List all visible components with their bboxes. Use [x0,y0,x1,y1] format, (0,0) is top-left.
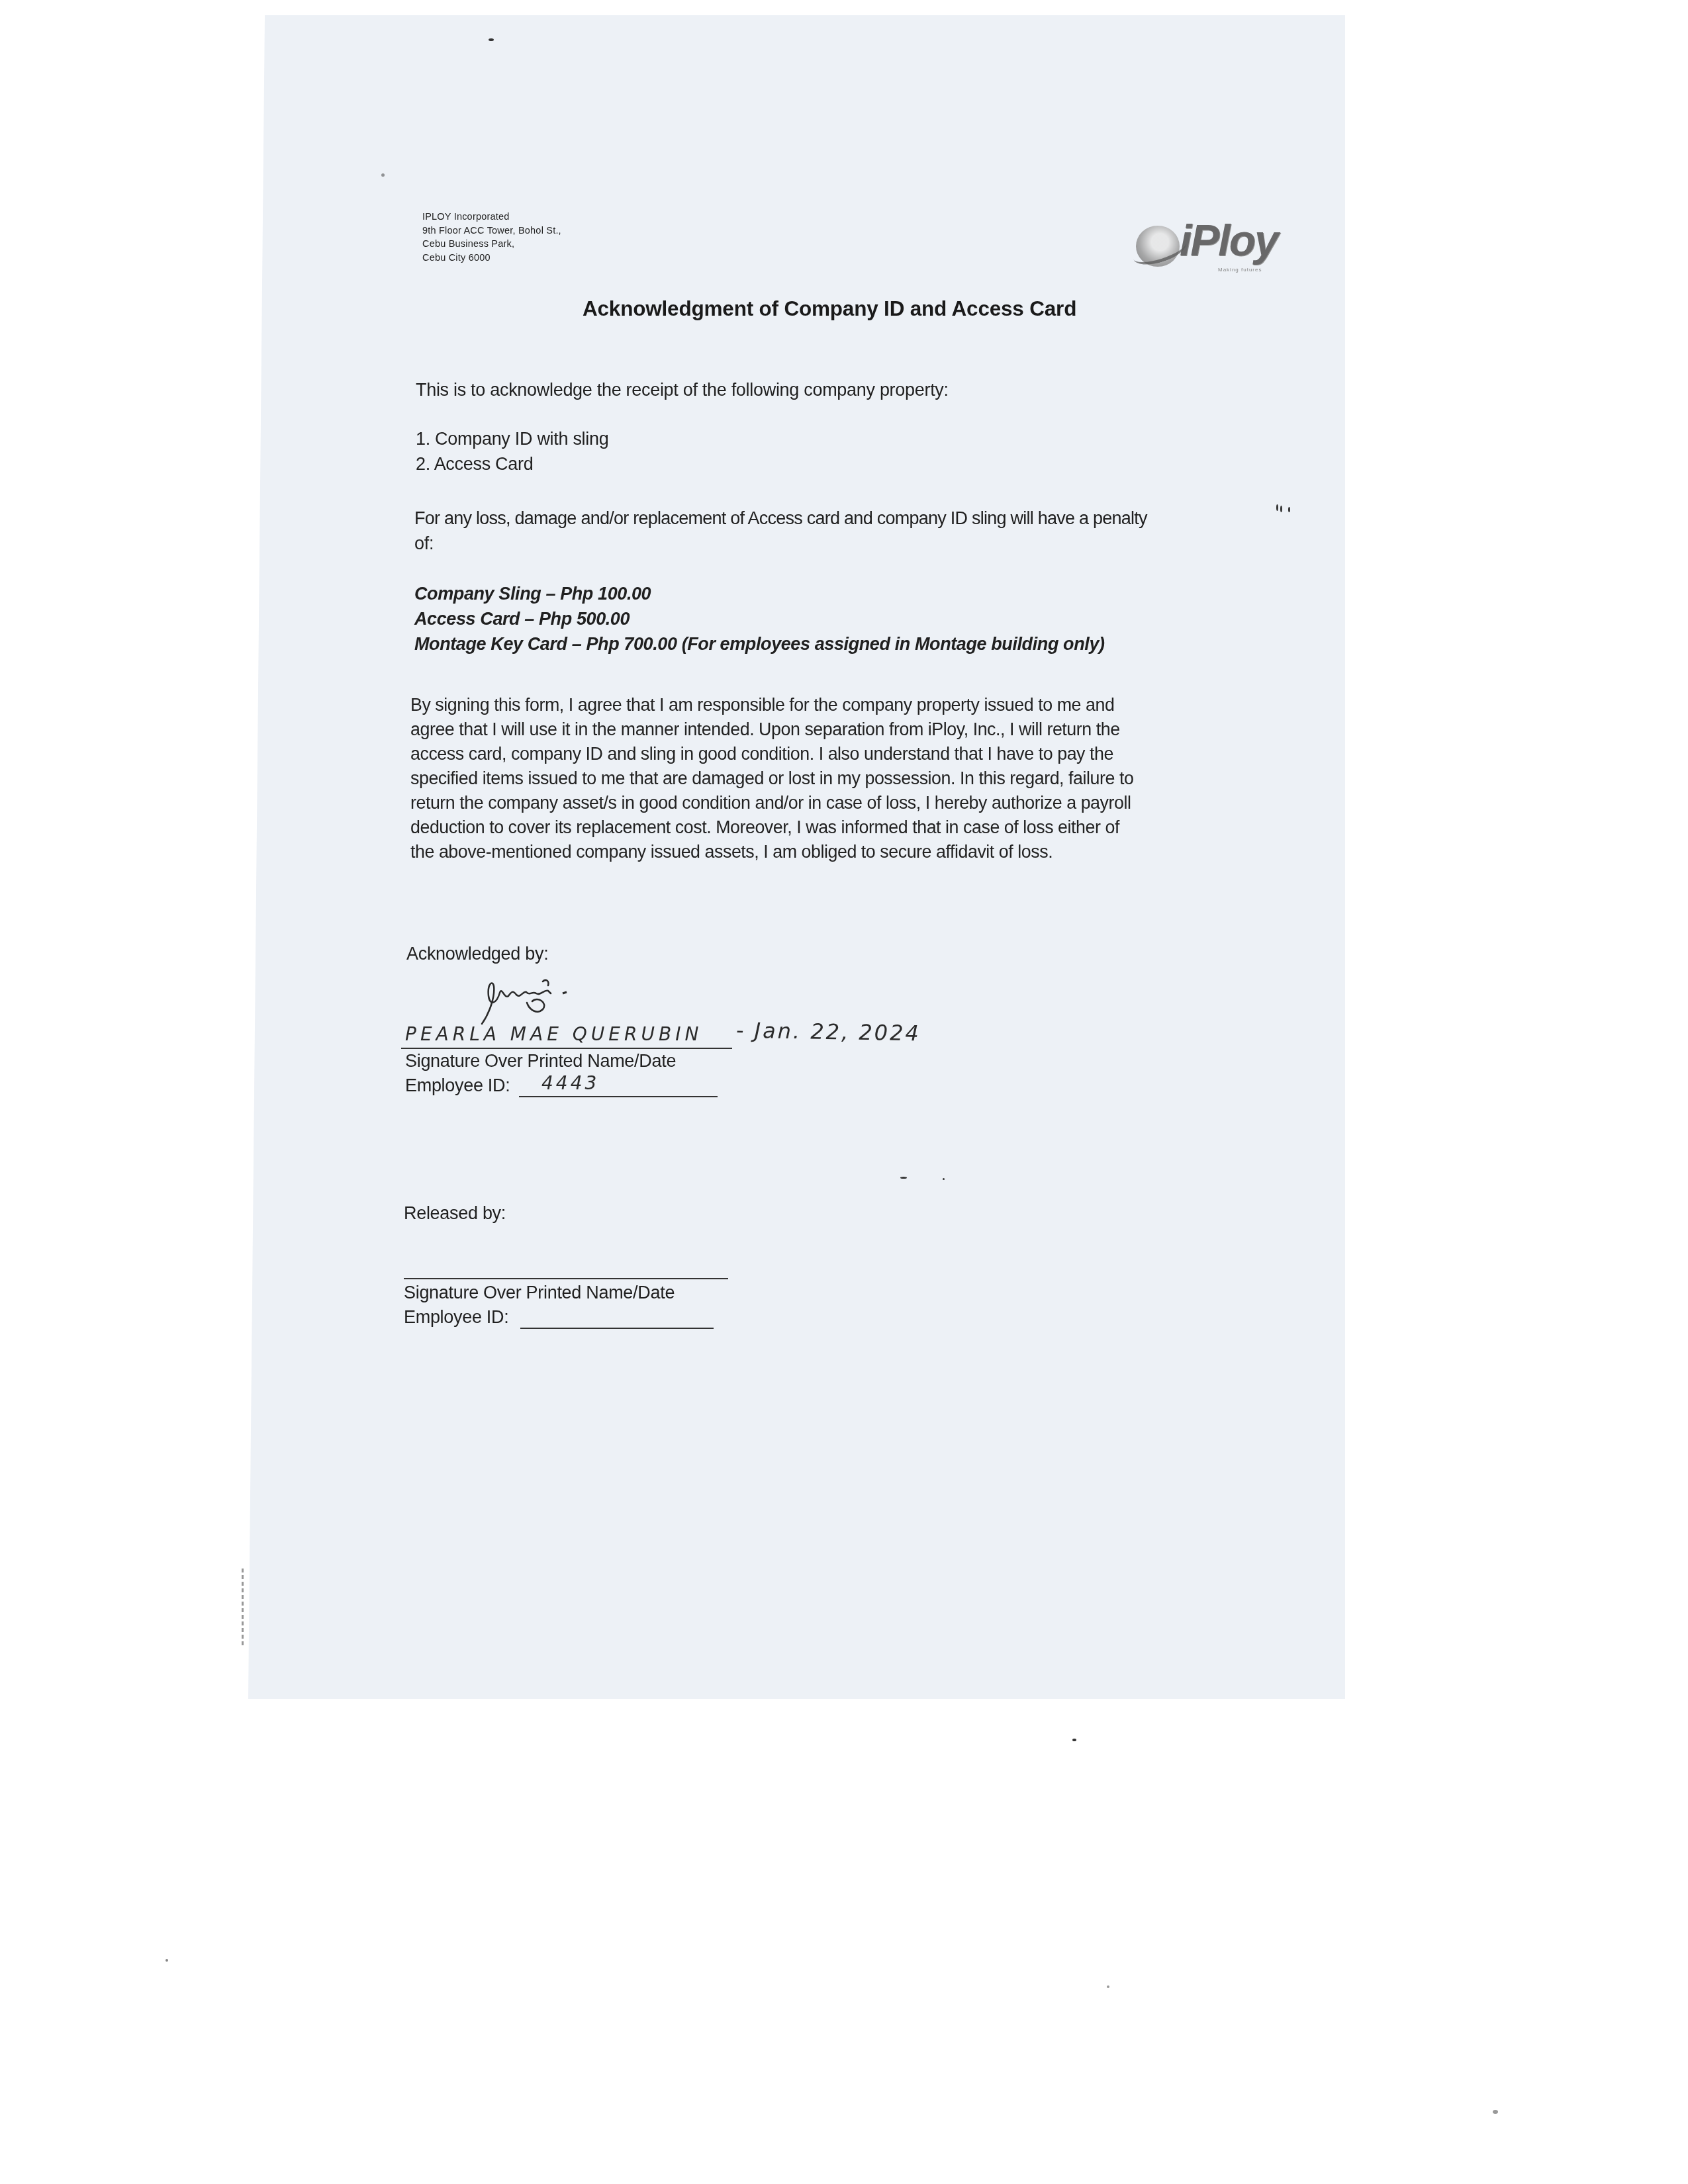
scan-speck [165,1959,168,1962]
scan-speck [1493,2110,1498,2114]
signature-caption: Signature Over Printed Name/Date [405,1051,676,1071]
agreement-line: deduction to cover its replacement cost.… [410,817,1119,838]
scan-speck [900,1177,907,1179]
agreement-line: return the company asset/s in good condi… [410,793,1131,813]
penalty-intro-line: of: [414,533,434,554]
logo-wordmark: iPloy [1180,215,1278,265]
release-employee-id-line [520,1328,714,1329]
scan-speck [381,173,385,177]
scan-speck [943,1178,945,1180]
address-line: Cebu Business Park, [422,238,561,251]
scan-speck [1280,506,1282,512]
scan-speck [1276,504,1278,511]
scan-speck [1072,1739,1076,1741]
address-line: 9th Floor ACC Tower, Bohol St., [422,224,561,238]
agreement-line: By signing this form, I agree that I am … [410,695,1114,715]
released-by-label: Released by: [404,1203,506,1224]
scan-speck [489,38,494,41]
release-employee-id-label: Employee ID: [404,1307,508,1328]
agreement-line: the above-mentioned company issued asset… [410,842,1053,862]
intro-text: This is to acknowledge the receipt of th… [416,380,949,400]
logo-tagline: Making futures [1218,267,1262,273]
address-line: Cebu City 6000 [422,251,561,265]
penalty-intro-line: For any loss, damage and/or replacement … [414,508,1147,529]
date-handwritten: - Jan. 22, 2024 [736,1018,921,1046]
company-address-block: IPLOY Incorporated 9th Floor ACC Tower, … [422,210,561,265]
employee-id-label: Employee ID: [405,1075,510,1096]
penalty-company-sling: Company Sling – Php 100.00 [414,584,651,604]
employee-id-value: 4443 [541,1072,599,1094]
signature-line [401,1048,732,1049]
company-name: IPLOY Incorporated [422,210,561,224]
scan-artifact [242,1569,244,1648]
agreement-line: access card, company ID and sling in goo… [410,744,1113,764]
scan-speck [1107,1985,1109,1988]
property-item: 2. Access Card [416,454,533,475]
printed-name-handwritten: PEARLA MAE QUERUBIN [405,1023,702,1045]
document-title: Acknowledgment of Company ID and Access … [583,296,1076,321]
penalty-access-card: Access Card – Php 500.00 [414,609,630,629]
agreement-line: agree that I will use it in the manner i… [410,719,1120,740]
agreement-line: specified items issued to me that are da… [410,768,1133,789]
penalty-montage-key-card: Montage Key Card – Php 700.00 (For emplo… [414,634,1105,655]
employee-id-line [519,1096,718,1097]
release-signature-caption: Signature Over Printed Name/Date [404,1283,675,1303]
release-signature-line [404,1278,728,1279]
acknowledged-by-label: Acknowledged by: [406,944,548,964]
property-item: 1. Company ID with sling [416,429,608,449]
iploy-logo: iPloy Making futures [1133,215,1299,278]
handwritten-signature [463,976,596,1029]
scan-speck [1288,507,1290,512]
